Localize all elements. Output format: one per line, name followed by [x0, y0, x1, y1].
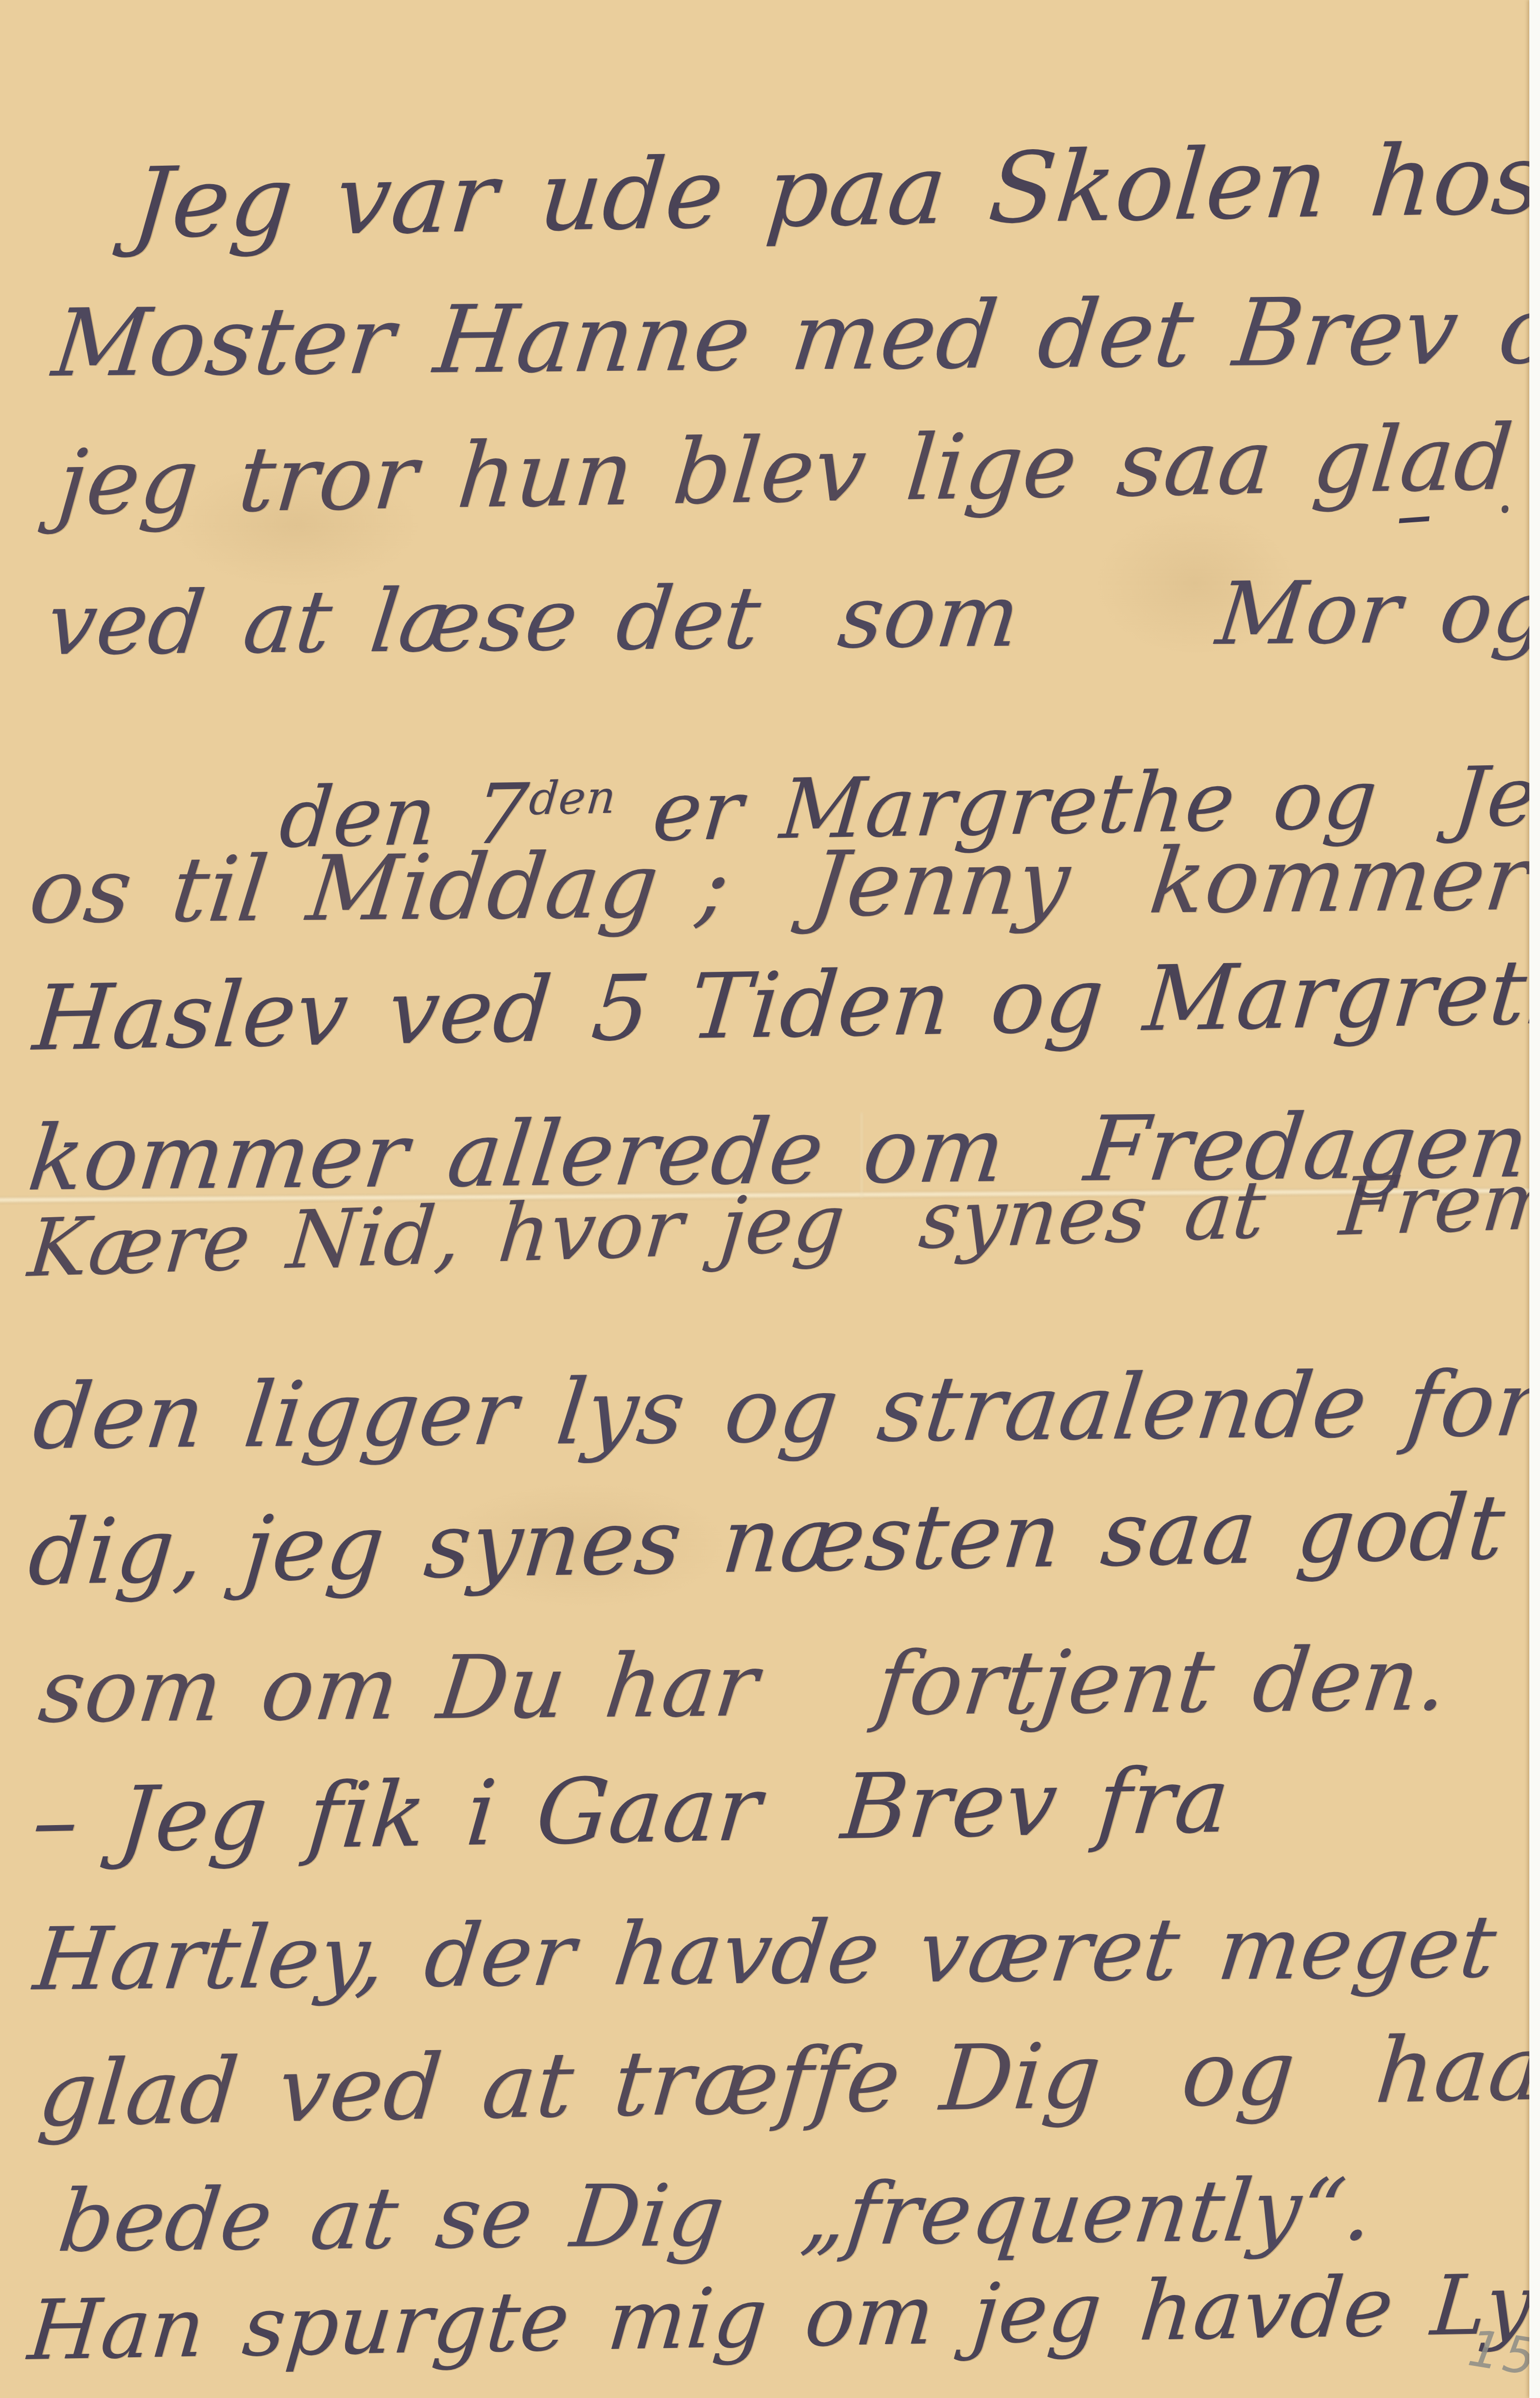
- handwriting-line: Jeg var ude paa Skolen hos: [129, 131, 1540, 253]
- handwriting-line: den ligger lys og straalende for: [29, 1359, 1540, 1462]
- ordinal-superscript: den: [527, 771, 619, 825]
- handwriting-line: os til Middag ; Jenny kommer fra: [25, 832, 1540, 936]
- handwriting-line: – Jeg fik i Gaar Brev fra: [29, 1756, 1233, 1866]
- letter-page: Jeg var ude paa Skolen hos Moster Hanne …: [0, 0, 1540, 2398]
- pencil-page-number: 15: [1465, 2322, 1540, 2383]
- handwriting-line: dig, jeg synes næsten saa godt: [25, 1483, 1508, 1598]
- handwriting-line: ved at læse det som Mor og Jeg. –: [43, 566, 1540, 668]
- scan-edge-strip: [1529, 0, 1540, 2398]
- handwriting-line: som om Du har fortjent den.: [35, 1636, 1453, 1736]
- handwriting-line: Han spurgte mig om jeg havde Lyst: [25, 2262, 1540, 2372]
- handwriting-line: Haslev ved 5 Tiden og Margrethe: [30, 946, 1540, 1064]
- handwriting-line: jeg tror hun blev lige saa glad: [54, 413, 1517, 528]
- handwriting-line: Hartley, der havde været meget: [30, 1904, 1501, 2003]
- handwriting-line: bede at se Dig „frequently“.: [54, 2167, 1378, 2264]
- handwriting-line: Moster Hanne med det Brev og: [49, 284, 1540, 391]
- handwriting-line: glad ved at træffe Dig og haa-: [35, 2023, 1540, 2139]
- letter-body: Jeg var ude paa Skolen hos Moster Hanne …: [0, 0, 1540, 2398]
